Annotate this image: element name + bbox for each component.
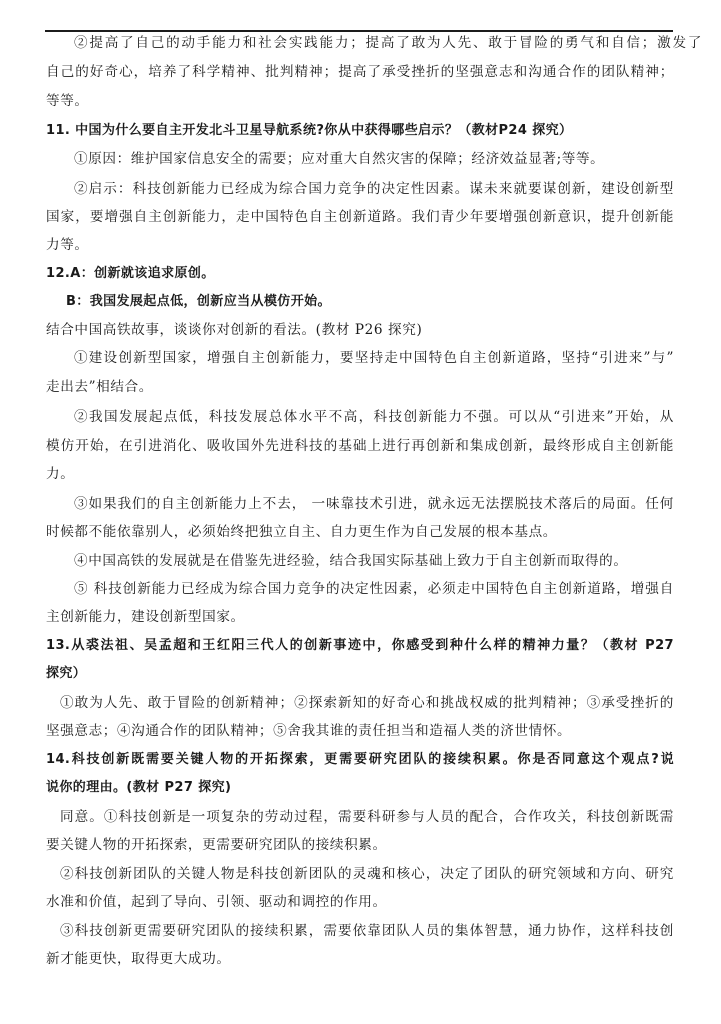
- paragraph-line: 等等。: [46, 92, 674, 110]
- question-11-heading: 11. 中国为什么要自主开发北斗卫星导航系统?你从中获得哪些启示？（教材P24 …: [46, 122, 674, 140]
- answer-line: 主创新能力，建设创新型国家。: [46, 608, 674, 626]
- answer-line: ①原因：维护国家信息安全的需要；应对重大自然灾害的保障；经济效益显著;等等。: [74, 150, 702, 168]
- answer-line: ②启示：科技创新能力已经成为综合国力竞争的决定性因素。谋未来就要谋创新，建设创新…: [74, 180, 674, 198]
- answer-line: 水准和价值，起到了导向、引领、驱动和调控的作用。: [46, 893, 674, 911]
- answer-line: 新才能更快，取得更大成功。: [46, 950, 674, 968]
- paragraph-line: 自己的好奇心，培养了科学精神、批判精神；提高了承受挫折的坚强意志和沟通合作的团队…: [46, 63, 674, 81]
- question-14-heading-cont: 说你的理由。(教材 P27 探究): [46, 779, 674, 797]
- question-12-prompt: 结合中国高铁故事，谈谈你对创新的看法。(教材 P26 探究): [46, 321, 674, 339]
- question-13-heading-cont: 探究）: [46, 665, 674, 683]
- answer-line: 力等。: [46, 236, 674, 254]
- question-14-heading: 14.科技创新既需要关键人物的开拓探索，更需要研究团队的接续积累。你是否同意这个…: [46, 751, 674, 769]
- answer-line: 模仿开始，在引进消化、吸收国外先进科技的基础上进行再创新和集成创新，最终形成自主…: [46, 437, 674, 455]
- answer-line: 同意。①科技创新是一项复杂的劳动过程，需要科研参与人员的配合，合作攻关，科技创新…: [60, 808, 674, 826]
- answer-line: ①建设创新型国家，增强自主创新能力，要坚持走中国特色自主创新道路，坚持“引进来”…: [74, 349, 674, 367]
- paragraph-line: ②提高了自己的动手能力和社会实践能力；提高了敢为人先、敢于冒险的勇气和自信；激发…: [74, 34, 702, 52]
- answer-line: ②我国发展起点低，科技发展总体水平不高，科技创新能力不强。可以从“引进来”开始，…: [74, 408, 674, 426]
- answer-line: 坚强意志；④沟通合作的团队精神；⑤舍我其谁的责任担当和造福人类的济世情怀。: [46, 722, 674, 740]
- answer-line: ②科技创新团队的关键人物是科技创新团队的灵魂和核心，决定了团队的研究领域和方向、…: [60, 865, 674, 883]
- question-12-option-a: 12.A：创新就该追求原创。: [46, 265, 674, 283]
- answer-line: 力。: [46, 465, 674, 483]
- question-12-option-b: B：我国发展起点低，创新应当从模仿开始。: [66, 293, 694, 311]
- answer-line: ③如果我们的自主创新能力上不去， 一味靠技术引进，就永远无法摆脱技术落后的局面。…: [74, 495, 674, 513]
- answer-line: 国家，要增强自主创新能力，走中国特色自主创新道路。我们青少年要增强创新意识，提升…: [46, 208, 674, 226]
- answer-line: ③科技创新更需要研究团队的接续积累，需要依靠团队人员的集体智慧，通力协作，这样科…: [60, 922, 674, 940]
- answer-line: 要关键人物的开拓探索，更需要研究团队的接续积累。: [46, 836, 674, 854]
- question-13-heading: 13.从裘法祖、吴孟超和王红阳三代人的创新事迹中，你感受到种什么样的精神力量？（…: [46, 637, 674, 655]
- answer-line: ①敢为人先、敢于冒险的创新精神；②探索新知的好奇心和挑战权威的批判精神；③承受挫…: [60, 694, 674, 712]
- answer-line: ④中国高铁的发展就是在借鉴先进经验，结合我国实际基础上致力于自主创新而取得的。: [74, 552, 702, 570]
- answer-line: ⑤ 科技创新能力已经成为综合国力竞争的决定性因素，必须走中国特色自主创新道路，增…: [74, 580, 674, 598]
- header-rule: [45, 30, 673, 32]
- answer-line: 时候都不能依靠别人，必须始终把独立自主、自力更生作为自己发展的根本基点。: [46, 523, 674, 541]
- answer-line: 走出去”相结合。: [46, 378, 674, 396]
